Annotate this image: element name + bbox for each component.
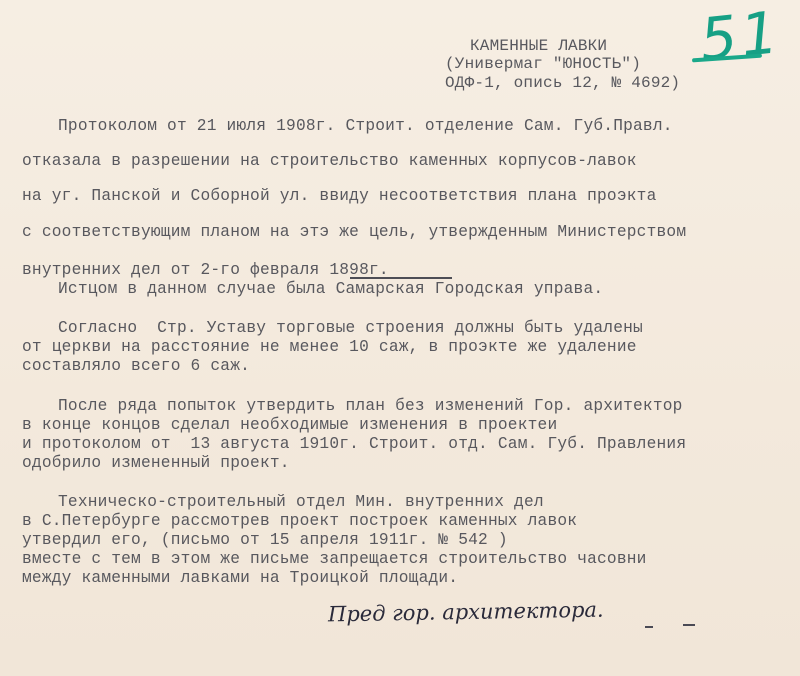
handwritten-underline [350,277,452,279]
text-line: Техническо-строительный отдел Мин. внутр… [58,494,544,510]
text-line: Согласно Стр. Уставу торговые строения д… [58,320,643,336]
document-title: КАМЕННЫЕ ЛАВКИ [470,38,607,54]
text-line: После ряда попыток утвердить план без из… [58,398,683,414]
text-line: вместе с тем в этом же письме запрещаетс… [22,551,647,567]
text-line: и протоколом от 13 августа 1910г. Строит… [22,436,686,452]
archival-document-page: 51 КАМЕННЫЕ ЛАВКИ (Универмаг "ЮНОСТЬ") О… [0,0,800,676]
handwritten-note: Пред гор. архитектора. [328,598,604,627]
text-line: на уг. Панской и Соборной ул. ввиду несо… [22,188,657,204]
folio-number: 51 [697,0,785,74]
text-line: утвердил его, (письмо от 15 апреля 1911г… [22,532,508,548]
text-line: в конце концов сделал необходимые измене… [22,417,557,433]
handwritten-dash [683,624,695,626]
text-line: внутренних дел от 2-го февраля 1898г. [22,262,389,278]
text-line: отказала в разрешении на строительство к… [22,153,637,169]
text-line: одобрило измененный проект. [22,455,290,471]
text-line: с соответствующим планом на этэ же цель,… [22,224,686,240]
text-line: Протоколом от 21 июля 1908г. Строит. отд… [58,118,673,134]
text-line: от церкви на расстояние не менее 10 саж,… [22,339,637,355]
archive-reference: ОДФ-1, опись 12, № 4692) [445,75,680,91]
document-subtitle: (Универмаг "ЮНОСТЬ") [445,56,641,72]
text-line: между каменными лавками на Троицкой площ… [22,570,458,586]
text-line: Истцом в данном случае была Самарская Го… [58,281,603,297]
handwritten-dash [645,626,653,628]
text-line: составляло всего 6 саж. [22,358,250,374]
text-line: в С.Петербурге рассмотрев проект построе… [22,513,577,529]
